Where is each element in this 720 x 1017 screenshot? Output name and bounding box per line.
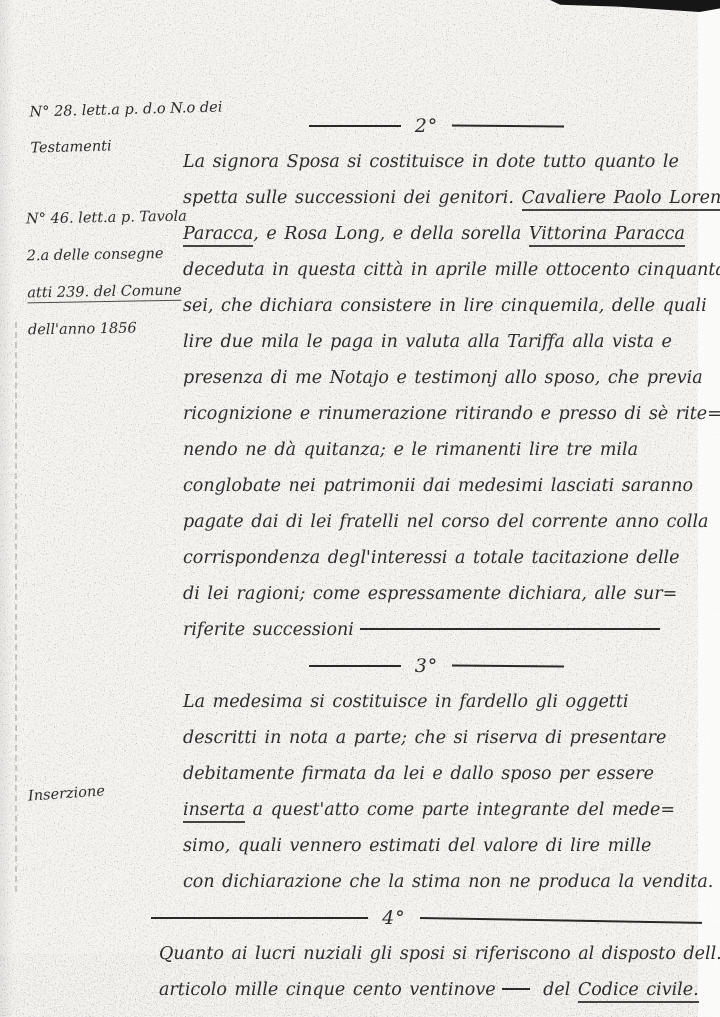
handwritten-text: riferite successioni bbox=[183, 620, 354, 640]
manuscript-line: simo, quali vennero estimati del valore … bbox=[183, 828, 690, 864]
underlined-text: Cavaliere Paolo Lorenzo bbox=[522, 188, 720, 211]
manuscript-line: riferite successioni bbox=[183, 612, 690, 648]
section-heading: 3° bbox=[183, 648, 690, 684]
margin-note-text: Testamenti bbox=[30, 138, 112, 156]
margin-note-line: 2.a delle consegne bbox=[26, 236, 187, 276]
manuscript-line: La medesima si costituisce in fardello g… bbox=[183, 684, 690, 720]
margin-note-text: atti 239. del Comune bbox=[27, 283, 182, 304]
manuscript-line: pagate dai di lei fratelli nel corso del… bbox=[183, 504, 690, 540]
handwritten-text: presenza di me Notajo e testimonj allo s… bbox=[183, 368, 703, 388]
handwritten-text: simo, quali vennero estimati del valore … bbox=[183, 836, 651, 856]
handwritten-text: di lei ragioni; come espressamente dichi… bbox=[183, 584, 677, 604]
handwritten-text: Quanto ai lucri nuziali gli sposi si rif… bbox=[159, 944, 720, 964]
margin-note-text: Inserzione bbox=[28, 783, 106, 804]
handwritten-text: pagate dai di lei fratelli nel corso del… bbox=[183, 512, 708, 532]
manuscript-line: di lei ragioni; come espressamente dichi… bbox=[183, 576, 690, 612]
handwritten-text: corrispondenza degl'interessi a totale t… bbox=[183, 548, 680, 568]
manuscript-line: Quanto ai lucri nuziali gli sposi si rif… bbox=[159, 936, 690, 972]
handwritten-text: sei, che dichiara consistere in lire cin… bbox=[183, 296, 707, 316]
manuscript-line: debitamente firmata da lei e dallo sposo… bbox=[183, 756, 690, 792]
margin-note-line: atti 239. del Comune bbox=[27, 273, 188, 313]
handwritten-rule bbox=[502, 988, 530, 990]
manuscript-line: descritti in nota a parte; che si riserv… bbox=[183, 720, 690, 756]
manuscript-line: con dichiarazione che la stima non ne pr… bbox=[183, 864, 690, 900]
handwritten-text: del bbox=[536, 980, 578, 1000]
heading-rule-left bbox=[309, 665, 401, 667]
manuscript-line: La signora Sposa si costituisce in dote … bbox=[183, 144, 690, 180]
margin-note-inserzione: Inserzione bbox=[27, 773, 106, 814]
handwritten-text: La signora Sposa si costituisce in dote … bbox=[183, 152, 679, 172]
margin-note-text: dell'anno 1856 bbox=[28, 320, 137, 338]
handwritten-text: con dichiarazione che la stima non ne pr… bbox=[183, 872, 713, 892]
handwritten-text: debitamente firmata da lei e dallo sposo… bbox=[183, 764, 654, 784]
scan-artifact-top-right bbox=[550, 0, 720, 12]
section-number: 3° bbox=[415, 655, 439, 677]
margin-note-tavola-consegne: N° 46. lett.a p. Tavola2.a delle consegn… bbox=[26, 199, 189, 350]
manuscript-line: Paracca, e Rosa Long, e della sorella Vi… bbox=[183, 216, 690, 252]
document-page: N° 28. lett.a p. d.o N.o deiTestamenti N… bbox=[0, 0, 720, 1017]
document-body: 2°La signora Sposa si costituisce in dot… bbox=[183, 108, 690, 1008]
handwritten-text: ricognizione e rinumerazione ritirando e… bbox=[183, 404, 720, 424]
handwritten-text: deceduta in questa città in aprile mille… bbox=[183, 260, 720, 280]
handwritten-text: conglobate nei patrimonii dai medesimi l… bbox=[183, 476, 693, 496]
manuscript-line: corrispondenza degl'interessi a totale t… bbox=[183, 540, 690, 576]
margin-note-text: N° 46. lett.a p. Tavola bbox=[26, 209, 187, 228]
handwritten-text: articolo mille cinque cento ventinove bbox=[159, 980, 496, 1000]
manuscript-line: lire due mila le paga in valuta alla Tar… bbox=[183, 324, 690, 360]
handwritten-text: lire due mila le paga in valuta alla Tar… bbox=[183, 332, 672, 352]
handwritten-text: a quest'atto come parte integrante del m… bbox=[245, 800, 675, 820]
manuscript-line: articolo mille cinque cento ventinove de… bbox=[159, 972, 690, 1008]
handwritten-text: descritti in nota a parte; che si riserv… bbox=[183, 728, 666, 748]
heading-rule-left bbox=[151, 917, 368, 919]
heading-rule-left bbox=[309, 125, 401, 127]
heading-rule-right bbox=[452, 665, 564, 668]
handwritten-text: , e Rosa Long, e della sorella bbox=[253, 224, 529, 244]
section-heading: 4° bbox=[151, 900, 702, 936]
handwritten-rule bbox=[360, 628, 660, 630]
section-heading: 2° bbox=[183, 108, 690, 144]
handwritten-text: nendo ne dà quitanza; e le rimanenti lir… bbox=[183, 440, 638, 460]
handwritten-text: La medesima si costituisce in fardello g… bbox=[183, 692, 628, 712]
section-number: 2° bbox=[415, 115, 439, 137]
underlined-text: inserta bbox=[183, 800, 245, 823]
manuscript-line: presenza di me Notajo e testimonj allo s… bbox=[183, 360, 690, 396]
margin-note-line: dell'anno 1856 bbox=[28, 310, 189, 350]
manuscript-line: ricognizione e rinumerazione ritirando e… bbox=[183, 396, 690, 432]
handwritten-text: spetta sulle successioni dei genitori. bbox=[183, 188, 522, 208]
manuscript-line: nendo ne dà quitanza; e le rimanenti lir… bbox=[183, 432, 690, 468]
margin-note-text: 2.a delle consegne bbox=[27, 246, 164, 264]
margin-note-line: N° 46. lett.a p. Tavola bbox=[26, 199, 187, 239]
underlined-text: Vittorina Paracca bbox=[529, 224, 685, 247]
manuscript-line: spetta sulle successioni dei genitori. C… bbox=[183, 180, 690, 216]
manuscript-line: conglobate nei patrimonii dai medesimi l… bbox=[183, 468, 690, 504]
manuscript-line: deceduta in questa città in aprile mille… bbox=[183, 252, 690, 288]
underlined-text: Codice civile. bbox=[578, 980, 699, 1003]
heading-rule-right bbox=[420, 917, 702, 924]
margin-note-line: Inserzione bbox=[27, 773, 106, 814]
heading-rule-right bbox=[452, 125, 564, 128]
paper-crease-line bbox=[15, 322, 17, 892]
section-number: 4° bbox=[382, 907, 406, 929]
scan-edge-white-strip bbox=[698, 0, 720, 1017]
manuscript-line: inserta a quest'atto come parte integran… bbox=[183, 792, 690, 828]
manuscript-line: sei, che dichiara consistere in lire cin… bbox=[183, 288, 690, 324]
underlined-text: Paracca bbox=[183, 224, 253, 247]
